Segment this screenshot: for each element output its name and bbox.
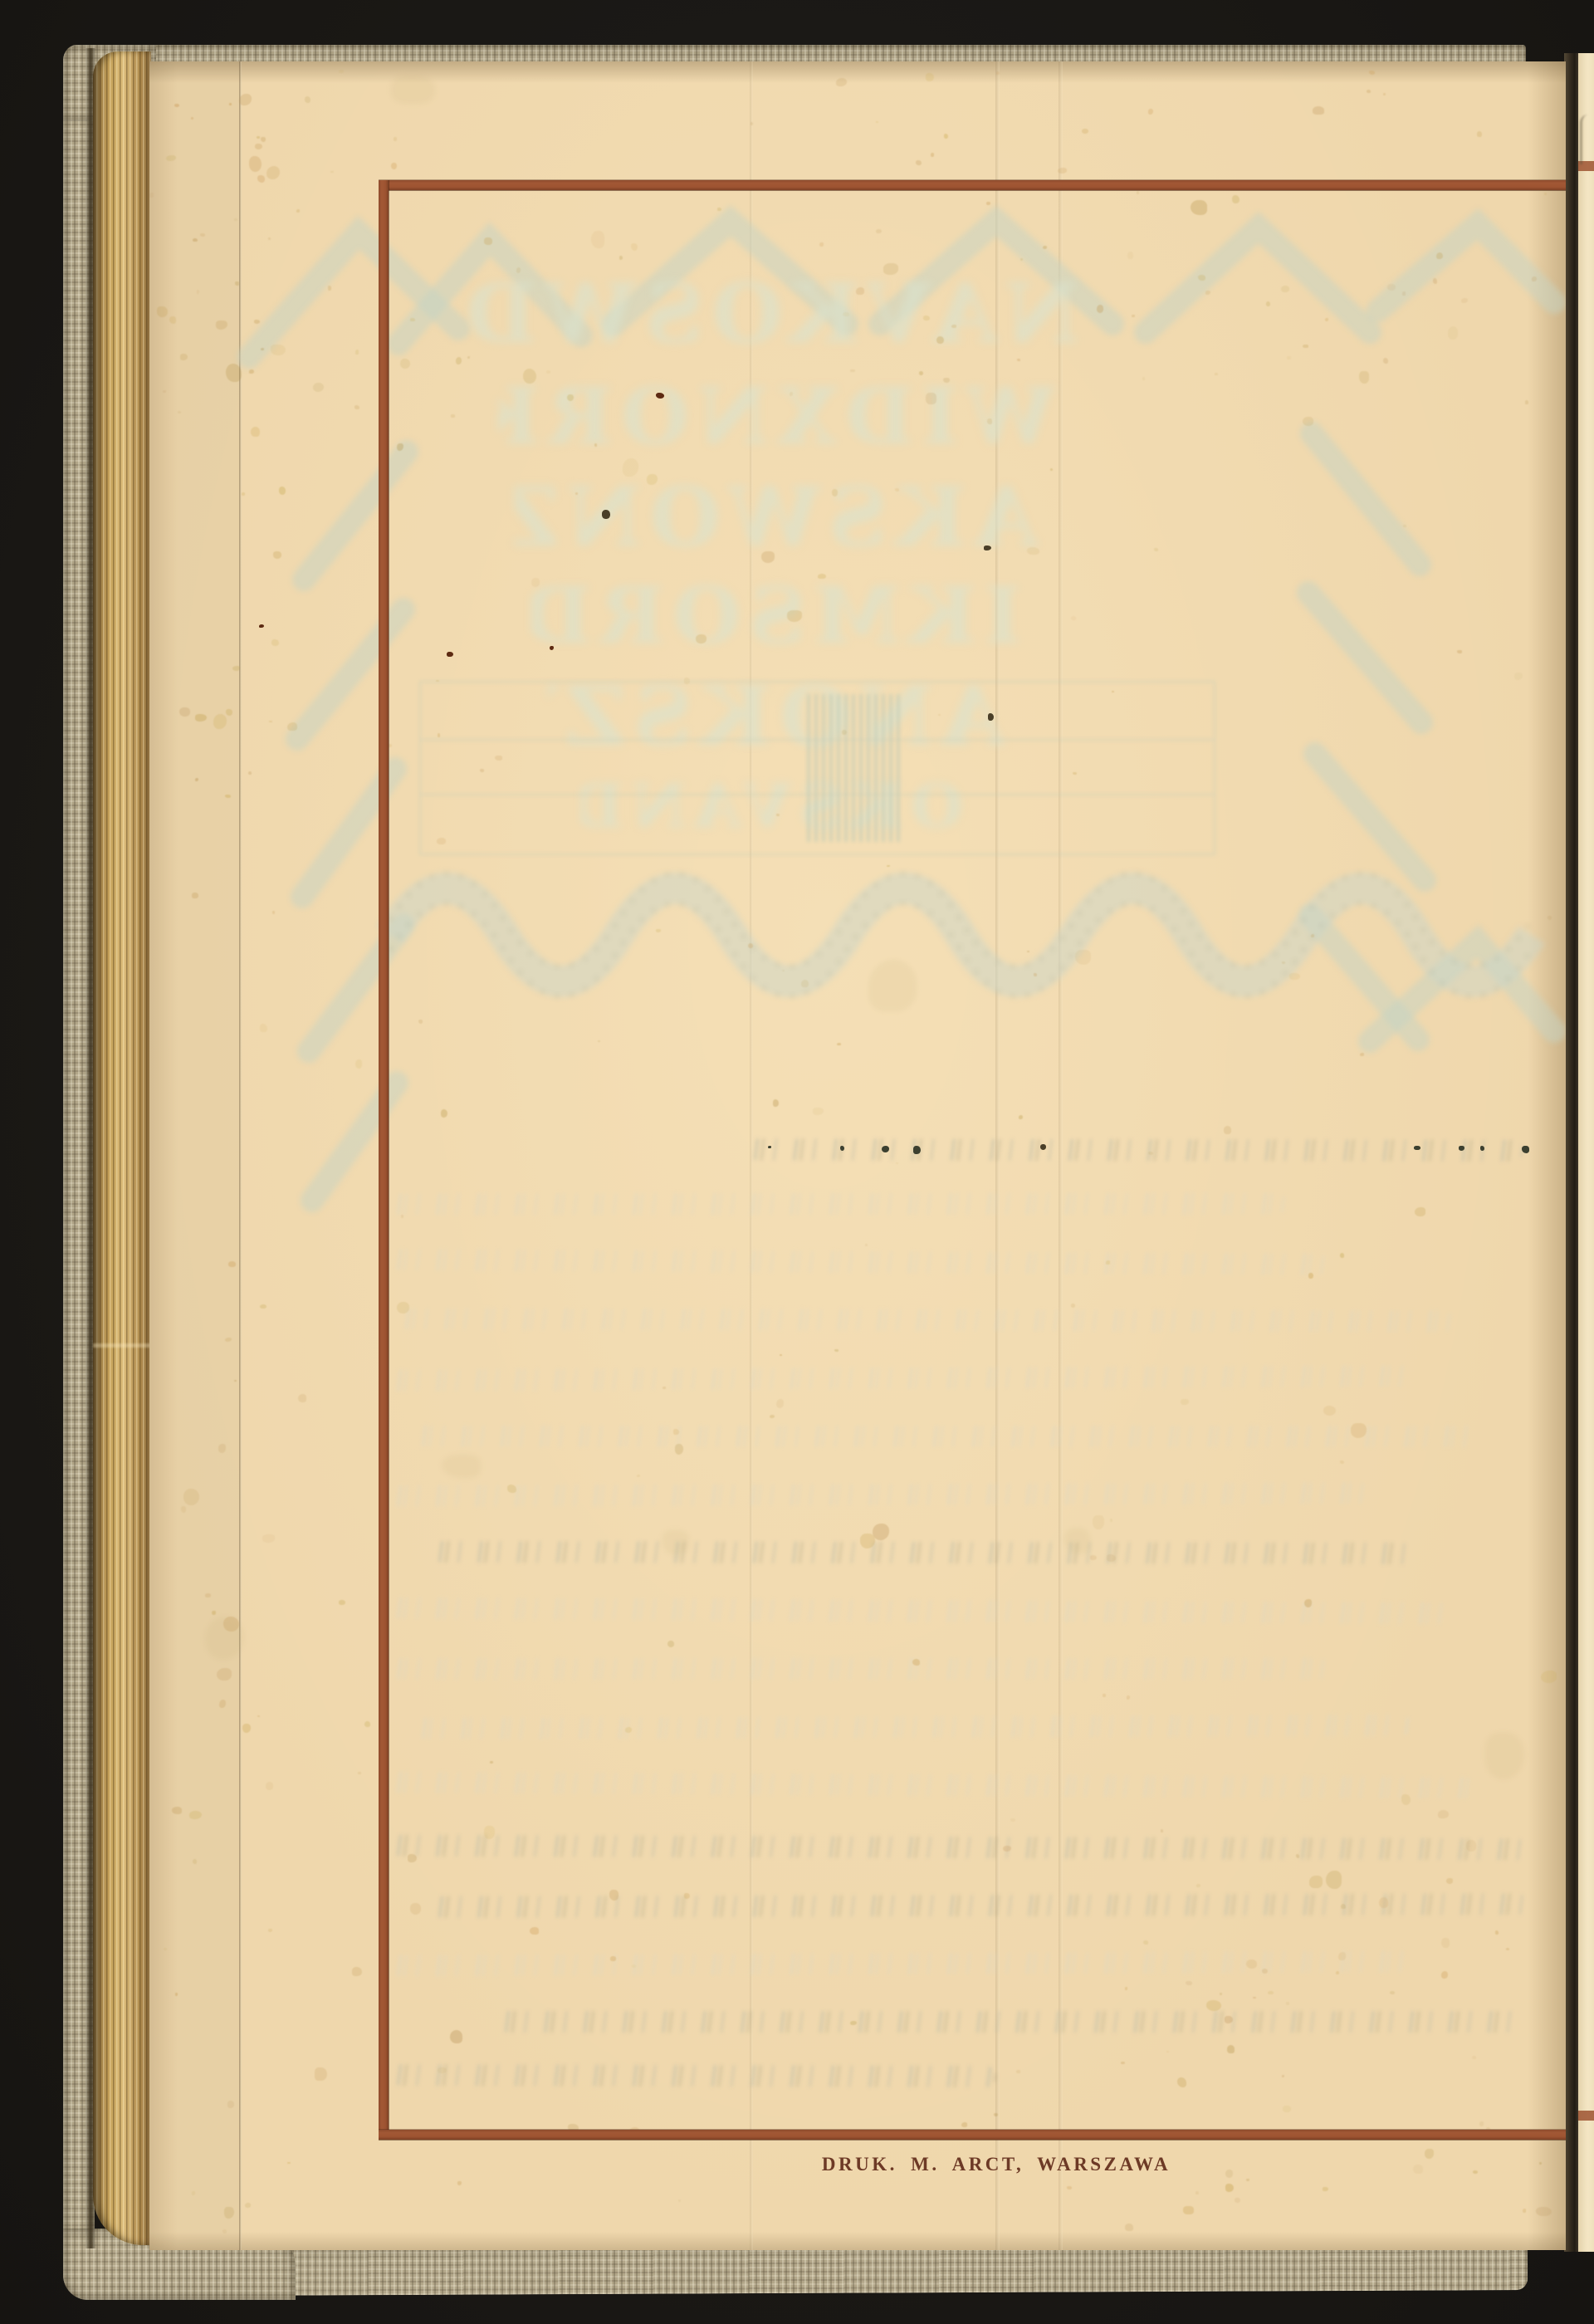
book-page: NAVKOSWDIWIDXNORKEAKSWONZVIKMSORDNANOKSZ…	[149, 61, 1566, 2250]
ghost-title-row: NAVKOSWDI	[465, 274, 1079, 362]
facing-page-frame-rule-bottom	[1578, 2111, 1594, 2121]
facing-page-corner-hint	[1580, 115, 1594, 164]
printer-imprint: DRUK. M. ARCT, WARSZAWA	[747, 2154, 1245, 2175]
ghost-hatch-block	[807, 694, 900, 842]
facing-page-sliver	[1578, 53, 1594, 2252]
red-frame-rule-bottom	[379, 2130, 1566, 2140]
ghost-title-row: WIDXNORKE	[498, 378, 1054, 462]
ghost-handwriting-line	[398, 1308, 1453, 1332]
ghost-title-row: IKMSORDN	[531, 577, 1021, 662]
book-scan: NAVKOSWDIWIDXNORKEAKSWONZVIKMSORDNANOKSZ…	[0, 0, 1594, 2324]
page-block-fore-edges	[93, 51, 151, 2245]
ghost-handwriting-line	[390, 1658, 1328, 1680]
ghost-handwriting-line	[415, 1715, 1411, 1739]
ghost-table-showthrough	[419, 681, 1215, 855]
fore-edge-crease	[93, 1343, 151, 1348]
ghost-handwriting-line	[747, 1138, 1523, 1161]
ghost-handwriting-line	[390, 1249, 1328, 1275]
ghost-handwriting-line	[415, 1426, 1478, 1447]
ghost-handwriting-line	[498, 2011, 1528, 2033]
ghost-handwriting-line	[390, 1950, 1411, 1976]
gutter-shadow	[1564, 53, 1578, 2252]
ghost-handwriting-line	[390, 1482, 1370, 1507]
ghost-handwriting-line	[432, 1893, 1528, 1918]
ghost-handwriting-line	[390, 1835, 1528, 1861]
ghost-handwriting-line	[432, 1541, 1411, 1564]
red-frame-rule-left	[379, 180, 389, 2140]
red-frame-rule-top	[379, 180, 1566, 190]
ghost-title-row: AKSWONZV	[515, 477, 1038, 565]
ghost-handwriting-line	[390, 2064, 996, 2087]
ghost-handwriting-line	[390, 1193, 1287, 1216]
